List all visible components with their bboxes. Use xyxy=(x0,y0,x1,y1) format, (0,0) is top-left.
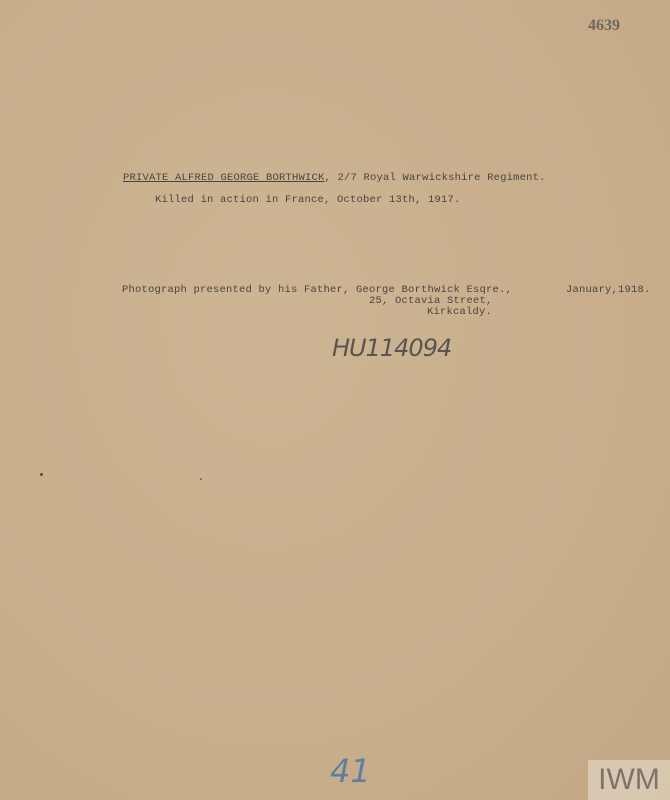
date: January,1918. xyxy=(566,284,651,296)
iwm-watermark: IWM xyxy=(588,760,670,800)
regiment: , 2/7 Royal Warwickshire Regiment. xyxy=(325,172,546,184)
soldier-name: PRIVATE ALFRED GEORGE BORTHWICK xyxy=(123,172,325,184)
handwritten-page-number: 41 xyxy=(330,752,371,790)
killed-in-action-line: Killed in action in France, October 13th… xyxy=(155,194,461,206)
stain-mark xyxy=(200,478,202,480)
handwritten-reference: HU114094 xyxy=(332,334,451,362)
document-page: 4639 PRIVATE ALFRED GEORGE BORTHWICK, 2/… xyxy=(0,0,670,800)
stain-mark xyxy=(40,473,43,476)
catalog-number: 4639 xyxy=(588,17,620,35)
header-line: PRIVATE ALFRED GEORGE BORTHWICK, 2/7 Roy… xyxy=(123,172,546,184)
address-line-2: Kirkcaldy. xyxy=(427,306,492,318)
